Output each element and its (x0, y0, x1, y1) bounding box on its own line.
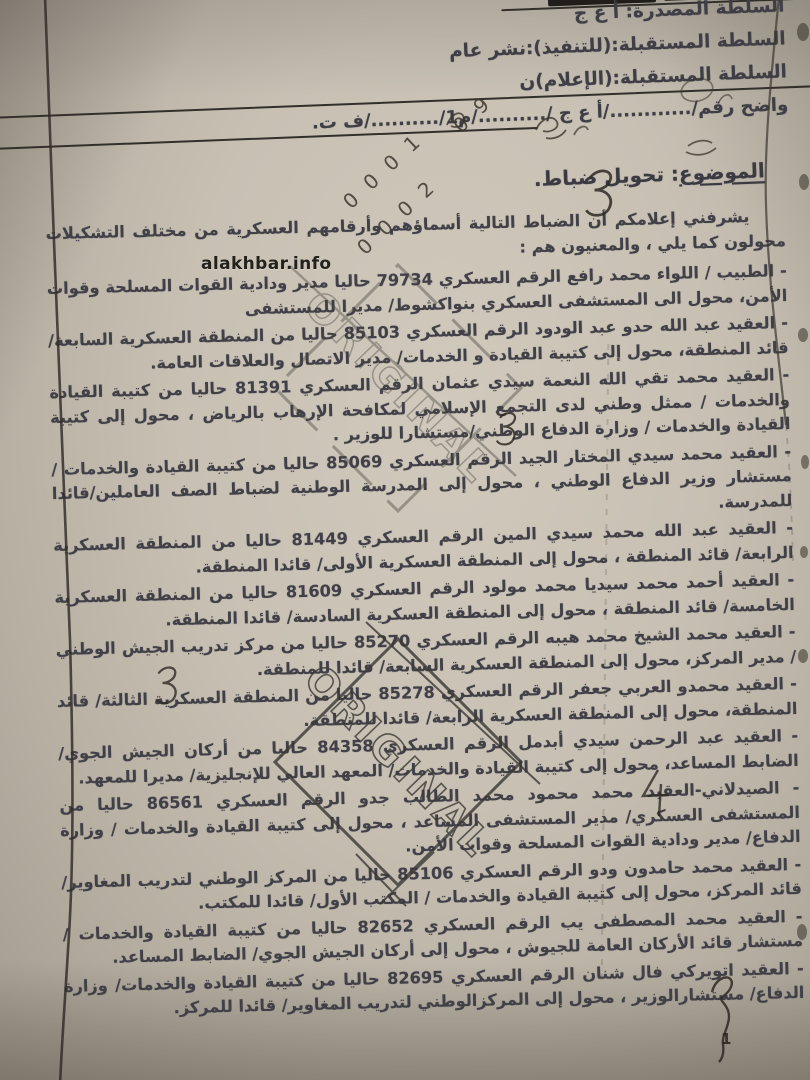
news-site-watermark: alakhbar.info (201, 254, 331, 274)
handwritten-scribble (536, 118, 566, 139)
right-margin-line (766, 0, 786, 425)
handwritten-scribble (718, 95, 732, 104)
handwritten-scribble (686, 141, 716, 155)
handwritten-3-mark (496, 412, 516, 446)
handwritten-flourish-mark (712, 977, 732, 1062)
right-margin-line-faded (786, 425, 793, 565)
handwritten-3-mark (156, 667, 177, 704)
scan-edge-artifacts (797, 23, 809, 940)
page-number: 1 (721, 1030, 731, 1048)
handwritten-4-mark (643, 770, 669, 816)
left-margin-line (45, 0, 72, 1080)
handwritten-scribble (574, 127, 588, 135)
handwritten-3-mark (586, 170, 613, 216)
handwritten-circle-mark (679, 75, 715, 104)
scanned-document-photo: { "watermark": "alakhbar.info", "stamp_l… (0, 0, 810, 1080)
